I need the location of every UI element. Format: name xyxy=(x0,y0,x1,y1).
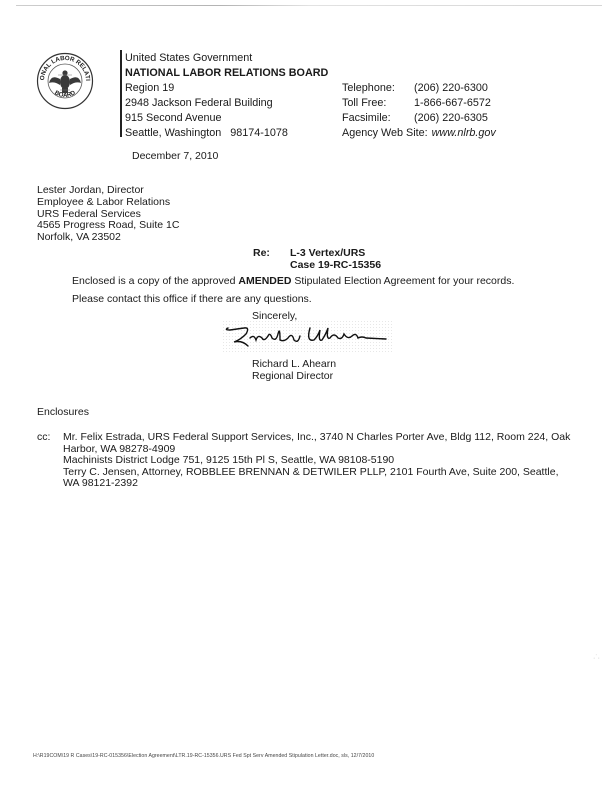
cc-block: cc: Mr. Felix Estrada, URS Federal Suppo… xyxy=(37,432,577,490)
re-label: Re: xyxy=(253,248,290,272)
agency-line-government: United States Government xyxy=(125,51,328,66)
addressee-line: Employee & Labor Relations xyxy=(37,197,179,209)
body-text: Enclosed is a copy of the approved xyxy=(72,275,238,287)
cc-list: Mr. Felix Estrada, URS Federal Support S… xyxy=(63,432,577,490)
toll-free-label: Toll Free: xyxy=(342,96,414,111)
enclosures-label: Enclosures xyxy=(37,406,89,419)
facsimile-label: Facsimile: xyxy=(342,111,414,126)
contact-block: Telephone: (206) 220-6300 Toll Free: 1-8… xyxy=(342,81,496,141)
facsimile-value: (206) 220-6305 xyxy=(414,111,488,126)
agency-block: United States Government NATIONAL LABOR … xyxy=(125,51,328,142)
contact-facsimile: Facsimile: (206) 220-6305 xyxy=(342,111,496,126)
letterhead-divider xyxy=(120,50,122,137)
agency-street: 915 Second Avenue xyxy=(125,111,328,126)
agency-city: Seattle, Washington 98174-1078 xyxy=(125,126,328,141)
addressee-line: Norfolk, VA 23502 xyxy=(37,232,179,244)
cc-label: cc: xyxy=(37,432,63,490)
agency-region: Region 19 xyxy=(125,81,328,96)
signature xyxy=(222,318,382,354)
signer-block: Richard L. Ahearn Regional Director xyxy=(252,358,336,382)
contact-toll-free: Toll Free: 1-866-667-6572 xyxy=(342,96,496,111)
signer-title: Regional Director xyxy=(252,370,336,382)
body-paragraph-2: Please contact this office if there are … xyxy=(72,293,312,306)
agency-building: 2948 Jackson Federal Building xyxy=(125,96,328,111)
telephone-label: Telephone: xyxy=(342,81,414,96)
cc-recipient: Terry C. Jensen, Attorney, ROBBLEE BRENN… xyxy=(63,467,577,490)
website-label: Agency Web Site: xyxy=(342,126,428,141)
re-body: L-3 Vertex/URS Case 19-RC-15356 xyxy=(290,248,381,272)
body-text: Stipulated Election Agreement for your r… xyxy=(291,275,514,287)
scan-speckle: ·˙· xyxy=(593,655,600,664)
cc-recipient: Mr. Felix Estrada, URS Federal Support S… xyxy=(63,432,577,455)
amended-emphasis: AMENDED xyxy=(238,275,291,287)
signer-name: Richard L. Ahearn xyxy=(252,358,336,370)
toll-free-value: 1-866-667-6572 xyxy=(414,96,491,111)
subject-line: Re: L-3 Vertex/URS Case 19-RC-15356 xyxy=(253,248,381,272)
body-paragraph-1: Enclosed is a copy of the approved AMEND… xyxy=(72,275,514,288)
website-link[interactable]: www.nlrb.gov xyxy=(432,126,496,141)
re-case-number: Case 19-RC-15356 xyxy=(290,260,381,272)
contact-telephone: Telephone: (206) 220-6300 xyxy=(342,81,496,96)
addressee-block: Lester Jordan, Director Employee & Labor… xyxy=(37,185,179,244)
footer-file-path: H:\R19COM\19 R Cases\19-RC-015356\Electi… xyxy=(33,753,374,760)
telephone-value: (206) 220-6300 xyxy=(414,81,488,96)
scan-artifact-line xyxy=(16,5,602,6)
letter-date: December 7, 2010 xyxy=(132,150,218,163)
contact-website: Agency Web Site: www.nlrb.gov xyxy=(342,126,496,141)
nlrb-seal-icon: NATIONAL LABOR RELATIONS BOARD xyxy=(36,52,94,110)
agency-name: NATIONAL LABOR RELATIONS BOARD xyxy=(125,66,328,81)
